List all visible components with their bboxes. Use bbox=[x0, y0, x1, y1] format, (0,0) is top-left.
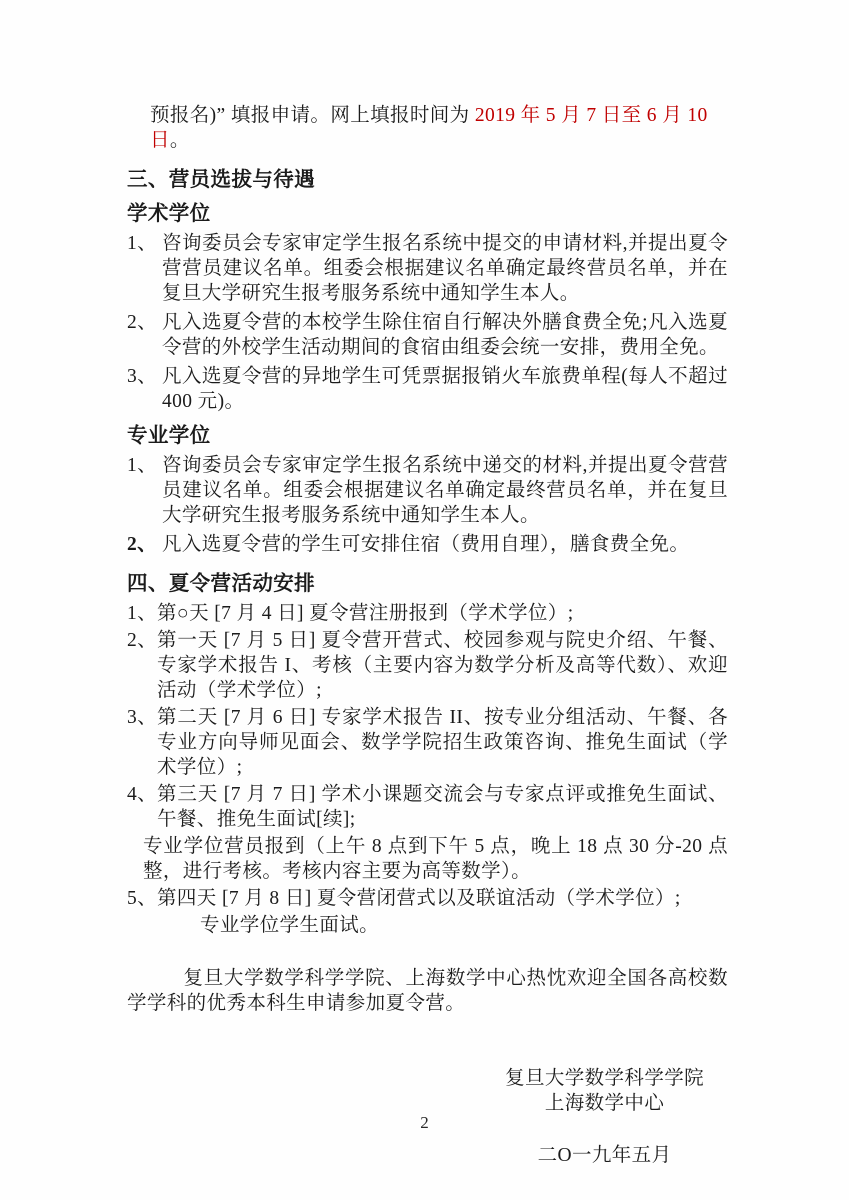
list-item-number: 5、 bbox=[127, 886, 157, 911]
professional-list: 1、 咨询委员会专家审定学生报名系统中递交的材料,并提出夏令营营员建议名单。组委… bbox=[127, 453, 728, 557]
signature-date: 二O一九年五月 bbox=[505, 1143, 704, 1168]
list-item: 5、 第四天 [7 月 8 日] 夏令营闭营式以及联谊活动（学术学位）; bbox=[127, 886, 728, 911]
list-item: 3、 凡入选夏令营的异地学生可凭票据报销火车旅费单程(每人不超过 400 元)。 bbox=[127, 364, 728, 414]
document-content: 预报名)” 填报申请。网上填报时间为 2019 年 5 月 7 日至 6 月 1… bbox=[127, 103, 728, 1168]
list-item: 4、 第三天 [7 月 7 日] 学术小课题交流会与专家点评或推免生面试、午餐、… bbox=[127, 782, 728, 832]
list-item: 2、 凡入选夏令营的学生可安排住宿（费用自理），膳食费全免。 bbox=[127, 532, 728, 557]
list-item: 3、 第二天 [7 月 6 日] 专家学术报告 II、按专业分组活动、午餐、各专… bbox=[127, 705, 728, 780]
intro-prefix: 预报名)” 填报申请。网上填报时间为 bbox=[150, 105, 475, 126]
section4-title: 四、夏令营活动安排 bbox=[127, 571, 728, 596]
signature-org-1: 复旦大学数学科学学院 bbox=[505, 1066, 704, 1091]
list-item-text: 第三天 [7 月 7 日] 学术小课题交流会与专家点评或推免生面试、午餐、推免生… bbox=[157, 782, 728, 832]
list-item-number: 2、 bbox=[127, 532, 162, 557]
schedule-list: 1、 第○天 [7 月 4 日] 夏令营注册报到（学术学位）; 2、 第一天 [… bbox=[127, 601, 728, 938]
schedule-subitem: 专业学位学生面试。 bbox=[200, 913, 728, 938]
list-item-text: 凡入选夏令营的异地学生可凭票据报销火车旅费单程(每人不超过 400 元)。 bbox=[162, 364, 728, 414]
page-number: 2 bbox=[0, 1113, 849, 1133]
academic-degree-heading: 学术学位 bbox=[127, 201, 728, 226]
list-item-text: 凡入选夏令营的本校学生除住宿自行解决外膳食费全免;凡入选夏令营的外校学生活动期间… bbox=[162, 310, 728, 360]
document-page: 预报名)” 填报申请。网上填报时间为 2019 年 5 月 7 日至 6 月 1… bbox=[0, 0, 849, 1200]
intro-line: 预报名)” 填报申请。网上填报时间为 2019 年 5 月 7 日至 6 月 1… bbox=[150, 103, 728, 153]
list-item-number: 4、 bbox=[127, 782, 157, 832]
academic-list: 1、 咨询委员会专家审定学生报名系统中提交的申请材料,并提出夏令营营员建议名单。… bbox=[127, 231, 728, 414]
list-item-number: 2、 bbox=[127, 310, 162, 360]
section3-title: 三、营员选拔与待遇 bbox=[127, 167, 728, 192]
list-item-text: 咨询委员会专家审定学生报名系统中提交的申请材料,并提出夏令营营员建议名单。组委会… bbox=[162, 231, 728, 306]
professional-degree-heading: 专业学位 bbox=[127, 423, 728, 448]
list-item-number: 3、 bbox=[127, 364, 162, 414]
list-item-number: 3、 bbox=[127, 705, 157, 780]
list-item: 1、 咨询委员会专家审定学生报名系统中递交的材料,并提出夏令营营员建议名单。组委… bbox=[127, 453, 728, 528]
list-item-text: 凡入选夏令营的学生可安排住宿（费用自理），膳食费全免。 bbox=[162, 532, 728, 557]
list-item-text: 第一天 [7 月 5 日] 夏令营开营式、校园参观与院史介绍、午餐、专家学术报告… bbox=[157, 628, 728, 703]
list-item-number: 1、 bbox=[127, 453, 162, 528]
list-item: 2、 凡入选夏令营的本校学生除住宿自行解决外膳食费全免;凡入选夏令营的外校学生活… bbox=[127, 310, 728, 360]
list-item: 2、 第一天 [7 月 5 日] 夏令营开营式、校园参观与院史介绍、午餐、专家学… bbox=[127, 628, 728, 703]
list-item: 1、 咨询委员会专家审定学生报名系统中提交的申请材料,并提出夏令营营员建议名单。… bbox=[127, 231, 728, 306]
list-item-text: 咨询委员会专家审定学生报名系统中递交的材料,并提出夏令营营员建议名单。组委会根据… bbox=[162, 453, 728, 528]
list-item-number: 1、 bbox=[127, 601, 157, 626]
list-item: 1、 第○天 [7 月 4 日] 夏令营注册报到（学术学位）; bbox=[127, 601, 728, 626]
closing-paragraph: 复旦大学数学科学学院、上海数学中心热忱欢迎全国各高校数学学科的优秀本科生申请参加… bbox=[127, 966, 728, 1016]
schedule-subitem: 专业学位营员报到（上午 8 点到下午 5 点，晚上 18 点 30 分-20 点… bbox=[143, 834, 728, 884]
list-item-text: 第○天 [7 月 4 日] 夏令营注册报到（学术学位）; bbox=[157, 601, 728, 626]
list-item-text: 第二天 [7 月 6 日] 专家学术报告 II、按专业分组活动、午餐、各专业方向… bbox=[157, 705, 728, 780]
list-item-text: 第四天 [7 月 8 日] 夏令营闭营式以及联谊活动（学术学位）; bbox=[157, 886, 728, 911]
list-item-number: 2、 bbox=[127, 628, 157, 703]
intro-suffix: 。 bbox=[170, 130, 190, 151]
list-item-number: 1、 bbox=[127, 231, 162, 306]
